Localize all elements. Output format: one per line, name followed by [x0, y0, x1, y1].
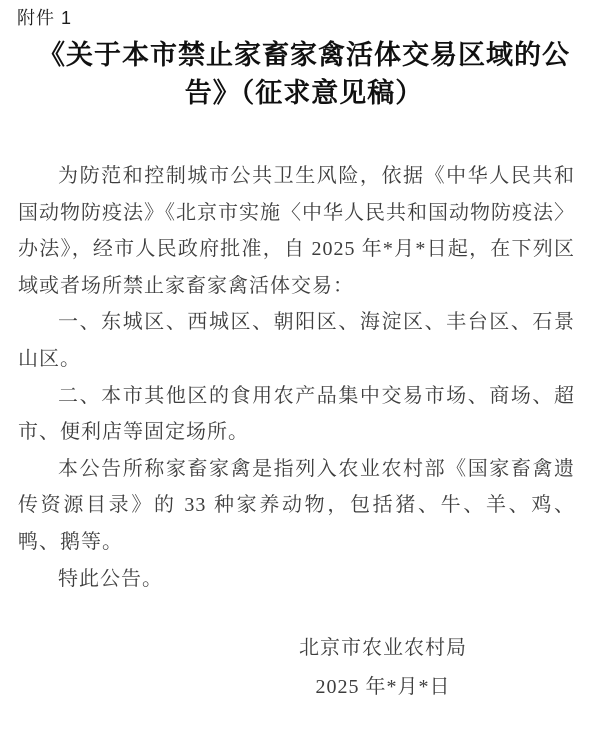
signature-block: 北京市农业农村局 2025 年*月*日 [233, 629, 533, 707]
paragraph-closing: 特此公告。 [18, 561, 575, 598]
paragraph-intro: 为防范和控制城市公共卫生风险，依据《中华人民共和国动物防疫法》《北京市实施〈中华… [18, 158, 575, 304]
signature-date: 2025 年*月*日 [233, 668, 533, 707]
signature-agency: 北京市农业农村局 [233, 629, 533, 668]
document-title: 《关于本市禁止家畜家禽活体交易区域的公 告》（征求意见稿） [0, 36, 608, 112]
paragraph-item-2: 二、本市其他区的食用农产品集中交易市场、商场、超市、便利店等固定场所。 [18, 378, 575, 451]
attachment-label: 附件 1 [17, 8, 72, 28]
document-page: 附件 1 《关于本市禁止家畜家禽活体交易区域的公 告》（征求意见稿） 为防范和控… [0, 0, 608, 732]
paragraph-definition: 本公告所称家畜家禽是指列入农业农村部《国家畜禽遗传资源目录》的 33 种家养动物… [18, 451, 575, 561]
document-title-line-1: 《关于本市禁止家畜家禽活体交易区域的公 [0, 36, 608, 74]
document-title-line-2: 告》（征求意见稿） [0, 74, 608, 112]
document-body: 为防范和控制城市公共卫生风险，依据《中华人民共和国动物防疫法》《北京市实施〈中华… [18, 158, 575, 597]
paragraph-item-1: 一、东城区、西城区、朝阳区、海淀区、丰台区、石景山区。 [18, 304, 575, 377]
